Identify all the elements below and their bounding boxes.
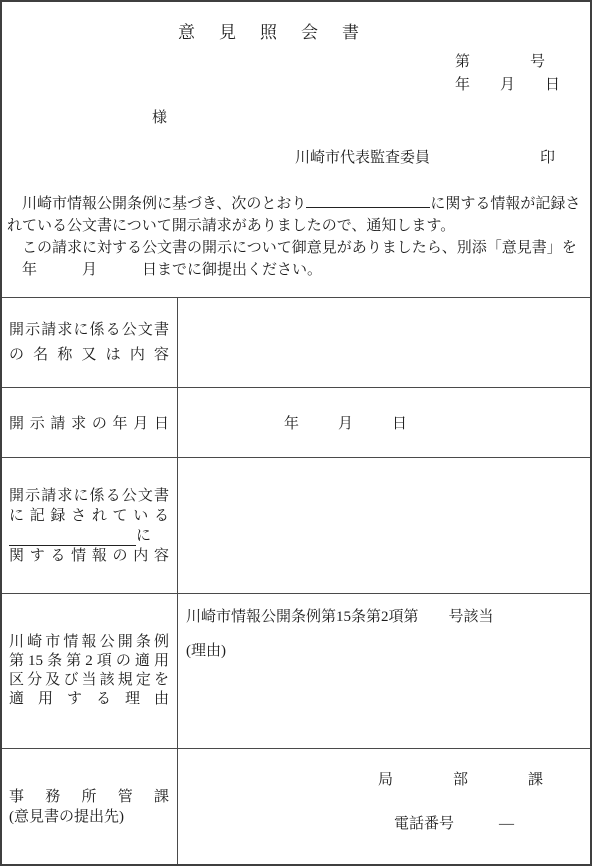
body-line-4: 年 月 日までに御提出ください。: [7, 259, 587, 281]
seal-mark: 印: [540, 146, 555, 167]
body-line-3: この請求に対する公文書の開示について御意見がありましたら、別添「意見書」を: [7, 237, 587, 259]
row2-value-cell: 年 月 日: [178, 388, 590, 457]
row5-label-line2: (意見書の提出先): [9, 807, 177, 827]
row3-label-line3-suffix: に: [136, 526, 151, 546]
row3-label-line4: 関する情報の内容: [9, 546, 169, 566]
row2-label-line1: 開示請求の年月日: [9, 412, 169, 433]
table-row: 事務所管課 (意見書の提出先) 局 部 課 電話番号 ―: [2, 748, 590, 864]
row4-label-line4: 適用する理由: [9, 690, 169, 709]
row2-date-value: 年 月 日: [284, 412, 410, 433]
row5-label-line1: 事務所管課: [9, 787, 169, 807]
body-line-1: 川崎市情報公開条例に基づき、次のとおりに関する情報が記録さ: [7, 193, 587, 215]
row1-label-line1: 開示請求に係る公文書: [9, 318, 169, 343]
row4-label-line3: 区分及び当該規定を: [9, 671, 169, 690]
addressee-suffix: 様: [152, 106, 167, 127]
row5-value-cell: 局 部 課 電話番号 ―: [178, 749, 590, 864]
row2-label: 開示請求の年月日: [2, 388, 178, 457]
body-line-2: れている公文書について開示請求がありましたので、通知します。: [7, 215, 587, 237]
row4-label-line1: 川崎市情報公開条例: [9, 633, 169, 652]
table-row: 開示請求に係る公文書 の名称又は内容: [2, 298, 590, 387]
row4-label: 川崎市情報公開条例 第15条第2項の適用 区分及び当該規定を 適用する理由: [2, 594, 178, 748]
row3-label-line3: に: [9, 526, 151, 546]
row1-label: 開示請求に係る公文書 の名称又は内容: [2, 298, 178, 387]
blank-field-underline: [306, 194, 430, 208]
row3-label-line2: に記録されている: [9, 506, 169, 526]
row1-value-cell: [178, 298, 590, 387]
row3-label: 開示請求に係る公文書 に記録されている に 関する情報の内容: [2, 458, 178, 593]
table-row: 開示請求の年月日 年 月 日: [2, 387, 590, 457]
row3-label-line1: 開示請求に係る公文書: [9, 486, 169, 506]
row5-department-line: 局 部 課: [178, 771, 590, 789]
document-number-line: 第 号: [455, 50, 545, 71]
page-title: 意見照会書: [178, 18, 383, 43]
row4-reason-label: (理由): [186, 639, 590, 660]
form-table: 開示請求に係る公文書 の名称又は内容 開示請求の年月日 年 月 日 開示請求に係…: [2, 297, 590, 864]
blank-field-underline: [9, 530, 136, 546]
row5-phone-line: 電話番号 ―: [178, 815, 590, 833]
row4-value-cell: 川崎市情報公開条例第15条第2項第 号該当 (理由): [178, 594, 590, 748]
body-text: 川崎市情報公開条例に基づき、次のとおりに関する情報が記録さ れている公文書につい…: [7, 193, 587, 281]
row4-label-line2: 第15条第2項の適用: [9, 652, 169, 671]
row3-value-cell: [178, 458, 590, 593]
table-row: 開示請求に係る公文書 に記録されている に 関する情報の内容: [2, 457, 590, 593]
document-page: 意見照会書 第 号 年 月 日 様 川崎市代表監査委員 印 川崎市情報公開条例に…: [0, 0, 592, 866]
body-line-1-suffix: に関する情報が記録さ: [430, 196, 580, 212]
body-line-1-prefix: 川崎市情報公開条例に基づき、次のとおり: [7, 196, 306, 212]
row4-article-line: 川崎市情報公開条例第15条第2項第 号該当: [186, 605, 590, 626]
document-date-line: 年 月 日: [455, 73, 560, 94]
row5-label: 事務所管課 (意見書の提出先): [2, 749, 178, 864]
row1-label-line2: の名称又は内容: [9, 343, 169, 368]
sender-name: 川崎市代表監査委員: [295, 146, 430, 167]
table-row: 川崎市情報公開条例 第15条第2項の適用 区分及び当該規定を 適用する理由 川崎…: [2, 593, 590, 748]
